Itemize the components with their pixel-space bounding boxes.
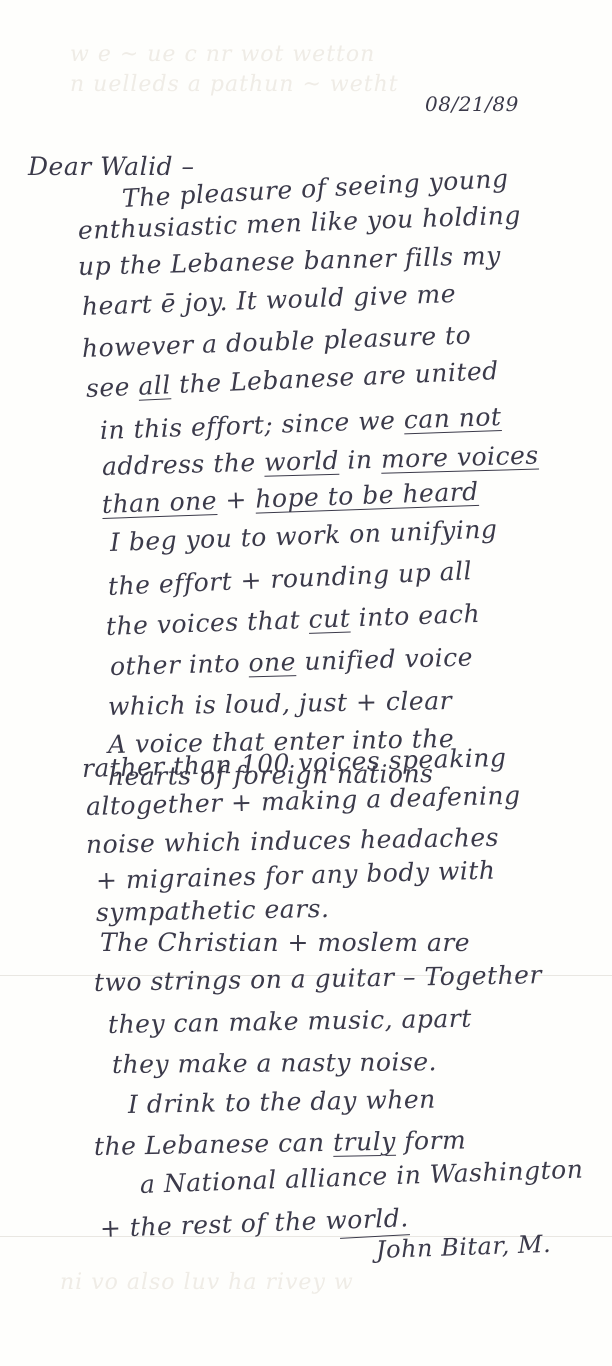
word: into each <box>350 599 481 633</box>
word: unified voice <box>296 642 474 676</box>
letter-line: in this effort; since we can not <box>99 402 501 445</box>
underlined-word: truly <box>333 1127 396 1157</box>
letter-line: two strings on a guitar – Together <box>94 960 542 997</box>
letter-page: w e ~ ue c nr wot wetton n uelleds a pat… <box>0 0 612 1366</box>
letter-line: they can make music, apart <box>108 1004 472 1039</box>
word: form <box>396 1126 467 1156</box>
letter-line: the effort + rounding up all <box>107 556 472 601</box>
letter-line: address the world in more voices <box>102 441 539 481</box>
word: the voices that <box>105 605 309 641</box>
word: in this effort; since we <box>99 405 404 445</box>
letter-line: other into one unified voice <box>110 642 474 680</box>
letter-line: + migraines for any body with <box>96 856 496 895</box>
underlined-word: more voices <box>381 441 539 474</box>
word: the Lebanese are united <box>170 356 499 399</box>
underlined-word: hope to be heard <box>255 477 479 514</box>
letter-line: noise which induces headaches <box>86 823 499 859</box>
letter-line: which is loud, just + clear <box>108 686 453 721</box>
letter-line: up the Lebanese banner fills my <box>78 241 501 281</box>
signature: John Bitar, M. <box>376 1230 552 1264</box>
underlined-word: than one <box>101 486 217 519</box>
letter-line: The Christian + moslem are <box>100 928 470 957</box>
letter-line: see all the Lebanese are united <box>85 356 499 403</box>
letter-line: the voices that cut into each <box>105 599 480 641</box>
letter-line: the Lebanese can truly form <box>94 1126 467 1161</box>
underlined-word: all <box>138 370 172 400</box>
letter-line: they make a nasty noise. <box>112 1047 437 1079</box>
word: see <box>85 372 139 403</box>
bleed-through-text: ni vo also luv ha rivey w <box>60 1270 354 1295</box>
letter-line: sympathetic ears. <box>96 894 330 927</box>
bleed-through-text: n uelleds a pathun ~ wetht <box>70 72 399 97</box>
bleed-through-text: w e ~ ue c nr wot wetton <box>70 42 375 67</box>
underlined-word: cut <box>308 603 351 633</box>
underlined-word: one <box>248 647 296 677</box>
letter-date: 08/21/89 <box>425 92 519 116</box>
letter-line: I beg you to work on unifying <box>109 514 497 557</box>
word: the Lebanese can <box>94 1128 334 1161</box>
word: + <box>216 485 255 515</box>
letter-line: however a double pleasure to <box>81 320 471 363</box>
letter-line: heart ē joy. It would give me <box>81 279 456 321</box>
word: in <box>339 445 382 475</box>
letter-salutation: Dear Walid – <box>28 152 195 181</box>
underlined-word: can not <box>403 402 502 434</box>
letter-line: than one + hope to be heard <box>101 477 479 519</box>
letter-line: a National alliance in Washington <box>139 1155 583 1199</box>
underlined-word: world <box>264 446 340 477</box>
word: other into <box>110 648 249 681</box>
word: address the <box>102 448 265 481</box>
letter-line: I drink to the day when <box>128 1085 436 1119</box>
